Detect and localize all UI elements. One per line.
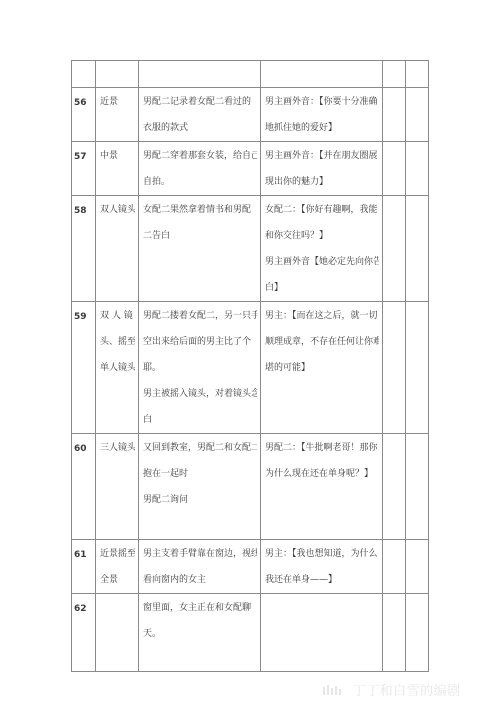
shot-type-line: 中景 [100, 143, 135, 169]
description-line: 空出来给后面的男主比了个 [143, 329, 257, 355]
dialogue-line: 和你交往吗？】 [265, 223, 379, 249]
weibo-style-logo-icon [322, 684, 344, 696]
dialogue-audio-cell: 男主画外音：【并在朋友圈展现出你的魅力】 [261, 142, 383, 196]
scene-description-cell: 男配二记录着女配二看过的衣服的款式 [139, 88, 261, 142]
shot-type-cell: 三人镜头 [96, 434, 139, 540]
watermark: 丁丁和白雪的编剧 [322, 680, 461, 699]
notes-cell-2 [406, 434, 429, 540]
dialogue-audio-cell: 男主：【我也想知道，为什么我还在单身——】 [261, 540, 383, 594]
dialogue-line: 男主画外音：【你要十分准确 [265, 89, 379, 115]
description-line: 看向窗内的女主 [143, 567, 257, 593]
shot-number: 59 [72, 302, 96, 434]
dialogue-line: 男主画外音【她必定先向你告 [265, 249, 379, 275]
dialogue-line: 女配二：【你好有趣啊，我能 [265, 197, 379, 223]
scene-description-cell: 窗里面，女主正在和女配聊天。 [139, 594, 261, 672]
notes-cell-1 [383, 434, 406, 540]
dialogue-paragraph: 男主画外音【她必定先向你告白】 [265, 249, 379, 301]
dialogue-paragraph: 女配二：【你好有趣啊，我能和你交往吗？】 [265, 197, 379, 249]
description-line: 耶。 [143, 355, 257, 381]
shot-type-line: 全景 [100, 567, 135, 593]
shot-type-cell: 近景摇至全景 [96, 540, 139, 594]
description-line: 抱在一起时 [143, 461, 257, 487]
shot-type-cell [96, 61, 139, 88]
description-line: 又回到教室，男配二和女配二 [143, 435, 257, 461]
description-line: 天。 [143, 621, 257, 647]
description-paragraph: 男主支着手臂靠在窗边，视线看向窗内的女主 [143, 541, 257, 593]
dialogue-paragraph: 男主画外音：【你要十分准确地抓住她的爱好】 [265, 89, 379, 141]
document-page: 56近景男配二记录着女配二看过的衣服的款式男主画外音：【你要十分准确地抓住她的爱… [0, 0, 500, 707]
scene-description-cell: 男配二穿着那套女装，给自己自拍。 [139, 142, 261, 196]
dialogue-line: 白】 [265, 275, 379, 301]
shot-type-cell [96, 594, 139, 672]
shot-number: 62 [72, 594, 96, 672]
watermark-text: 丁丁和白雪的编剧 [353, 684, 461, 699]
shot-type-line: 双人镜头 [100, 197, 135, 223]
notes-cell-2 [406, 61, 429, 88]
shot-type-line: 近景 [100, 89, 135, 115]
dialogue-line: 顺理成章，不存在任何让你难 [265, 329, 379, 355]
shot-number [72, 61, 96, 88]
shot-number: 58 [72, 196, 96, 302]
dialogue-line: 现出你的魅力】 [265, 169, 379, 195]
table-row: 60三人镜头又回到教室，男配二和女配二抱在一起时男配二询问男配二：【牛批啊老哥！… [72, 434, 429, 540]
description-line: 窗里面，女主正在和女配聊 [143, 595, 257, 621]
notes-cell-2 [406, 594, 429, 672]
description-line: 二告白 [143, 223, 257, 249]
dialogue-audio-cell [261, 61, 383, 88]
shot-number: 60 [72, 434, 96, 540]
shot-type-cell: 近景 [96, 88, 139, 142]
dialogue-line: 地抓住她的爱好】 [265, 115, 379, 141]
description-line: 自拍。 [143, 169, 257, 195]
shot-type-line: 近景摇至 [100, 541, 135, 567]
description-paragraph: 男配二记录着女配二看过的衣服的款式 [143, 89, 257, 141]
shot-number: 56 [72, 88, 96, 142]
description-line: 男配二询问 [143, 487, 257, 513]
description-paragraph: 又回到教室，男配二和女配二抱在一起时 [143, 435, 257, 487]
notes-cell-1 [383, 540, 406, 594]
description-line: 男主支着手臂靠在窗边，视线 [143, 541, 257, 567]
shot-type-cell: 双人镜头 [96, 196, 139, 302]
shot-type-line: 三人镜头 [100, 435, 135, 461]
scene-description-cell: 又回到教室，男配二和女配二抱在一起时男配二询问 [139, 434, 261, 540]
shot-type-cell: 中景 [96, 142, 139, 196]
table-row: 56近景男配二记录着女配二看过的衣服的款式男主画外音：【你要十分准确地抓住她的爱… [72, 88, 429, 142]
notes-cell-2 [406, 540, 429, 594]
description-line: 男配二搂着女配二，另一只手 [143, 303, 257, 329]
shot-number: 57 [72, 142, 96, 196]
description-paragraph: 男主被摇入镜头，对着镜头念白 [143, 381, 257, 433]
shot-type-line: 头、摇至 [100, 329, 135, 355]
dialogue-audio-cell: 男配二：【牛批啊老哥！那你为什么现在还在单身呢？】 [261, 434, 383, 540]
dialogue-audio-cell: 女配二：【你好有趣啊，我能和你交往吗？】男主画外音【她必定先向你告白】 [261, 196, 383, 302]
description-line: 男配二穿着那套女装，给自己 [143, 143, 257, 169]
notes-cell-2 [406, 196, 429, 302]
description-line: 男配二记录着女配二看过的 [143, 89, 257, 115]
notes-cell-1 [383, 594, 406, 672]
shot-type-line: 双 人 镜 [100, 303, 135, 329]
dialogue-audio-cell: 男主画外音：【你要十分准确地抓住她的爱好】 [261, 88, 383, 142]
table-row: 62窗里面，女主正在和女配聊天。 [72, 594, 429, 672]
table-row: 59双 人 镜头、摇至单人镜头男配二搂着女配二，另一只手空出来给后面的男主比了个… [72, 302, 429, 434]
storyboard-table: 56近景男配二记录着女配二看过的衣服的款式男主画外音：【你要十分准确地抓住她的爱… [71, 60, 429, 672]
scene-description-cell [139, 61, 261, 88]
description-paragraph: 窗里面，女主正在和女配聊天。 [143, 595, 257, 647]
description-paragraph: 男配二穿着那套女装，给自己自拍。 [143, 143, 257, 195]
dialogue-line: 堪的可能】 [265, 355, 379, 381]
table-row: 58双人镜头女配二果然拿着情书和男配二告白女配二：【你好有趣啊，我能和你交往吗？… [72, 196, 429, 302]
notes-cell-2 [406, 302, 429, 434]
shot-number: 61 [72, 540, 96, 594]
table-row: 57中景男配二穿着那套女装，给自己自拍。男主画外音：【并在朋友圈展现出你的魅力】 [72, 142, 429, 196]
scene-description-cell: 男主支着手臂靠在窗边，视线看向窗内的女主 [139, 540, 261, 594]
shot-type-cell: 双 人 镜头、摇至单人镜头 [96, 302, 139, 434]
description-paragraph: 女配二果然拿着情书和男配二告白 [143, 197, 257, 249]
table-row [72, 61, 429, 88]
notes-cell-2 [406, 88, 429, 142]
description-line: 衣服的款式 [143, 115, 257, 141]
notes-cell-1 [383, 61, 406, 88]
scene-description-cell: 男配二搂着女配二，另一只手空出来给后面的男主比了个耶。男主被摇入镜头，对着镜头念… [139, 302, 261, 434]
notes-cell-1 [383, 142, 406, 196]
notes-cell-1 [383, 196, 406, 302]
dialogue-line: 为什么现在还在单身呢？】 [265, 461, 379, 487]
notes-cell-1 [383, 302, 406, 434]
dialogue-audio-cell [261, 594, 383, 672]
description-line: 女配二果然拿着情书和男配 [143, 197, 257, 223]
dialogue-line: 男主：【而在这之后，就一切 [265, 303, 379, 329]
description-line: 男主被摇入镜头，对着镜头念 [143, 381, 257, 407]
scene-description-cell: 女配二果然拿着情书和男配二告白 [139, 196, 261, 302]
dialogue-paragraph: 男主：【我也想知道，为什么我还在单身——】 [265, 541, 379, 593]
dialogue-paragraph: 男配二：【牛批啊老哥！那你为什么现在还在单身呢？】 [265, 435, 379, 487]
notes-cell-2 [406, 142, 429, 196]
dialogue-audio-cell: 男主：【而在这之后，就一切顺理成章，不存在任何让你难堪的可能】 [261, 302, 383, 434]
description-paragraph: 男配二搂着女配二，另一只手空出来给后面的男主比了个耶。 [143, 303, 257, 381]
dialogue-line: 我还在单身——】 [265, 567, 379, 593]
shot-type-line: 单人镜头 [100, 355, 135, 381]
table-row: 61近景摇至全景男主支着手臂靠在窗边，视线看向窗内的女主男主：【我也想知道，为什… [72, 540, 429, 594]
dialogue-paragraph: 男主画外音：【并在朋友圈展现出你的魅力】 [265, 143, 379, 195]
description-paragraph: 男配二询问 [143, 487, 257, 513]
description-line: 白 [143, 407, 257, 433]
notes-cell-1 [383, 88, 406, 142]
dialogue-line: 男配二：【牛批啊老哥！那你 [265, 435, 379, 461]
dialogue-paragraph: 男主：【而在这之后，就一切顺理成章，不存在任何让你难堪的可能】 [265, 303, 379, 381]
dialogue-line: 男主：【我也想知道，为什么 [265, 541, 379, 567]
dialogue-line: 男主画外音：【并在朋友圈展 [265, 143, 379, 169]
